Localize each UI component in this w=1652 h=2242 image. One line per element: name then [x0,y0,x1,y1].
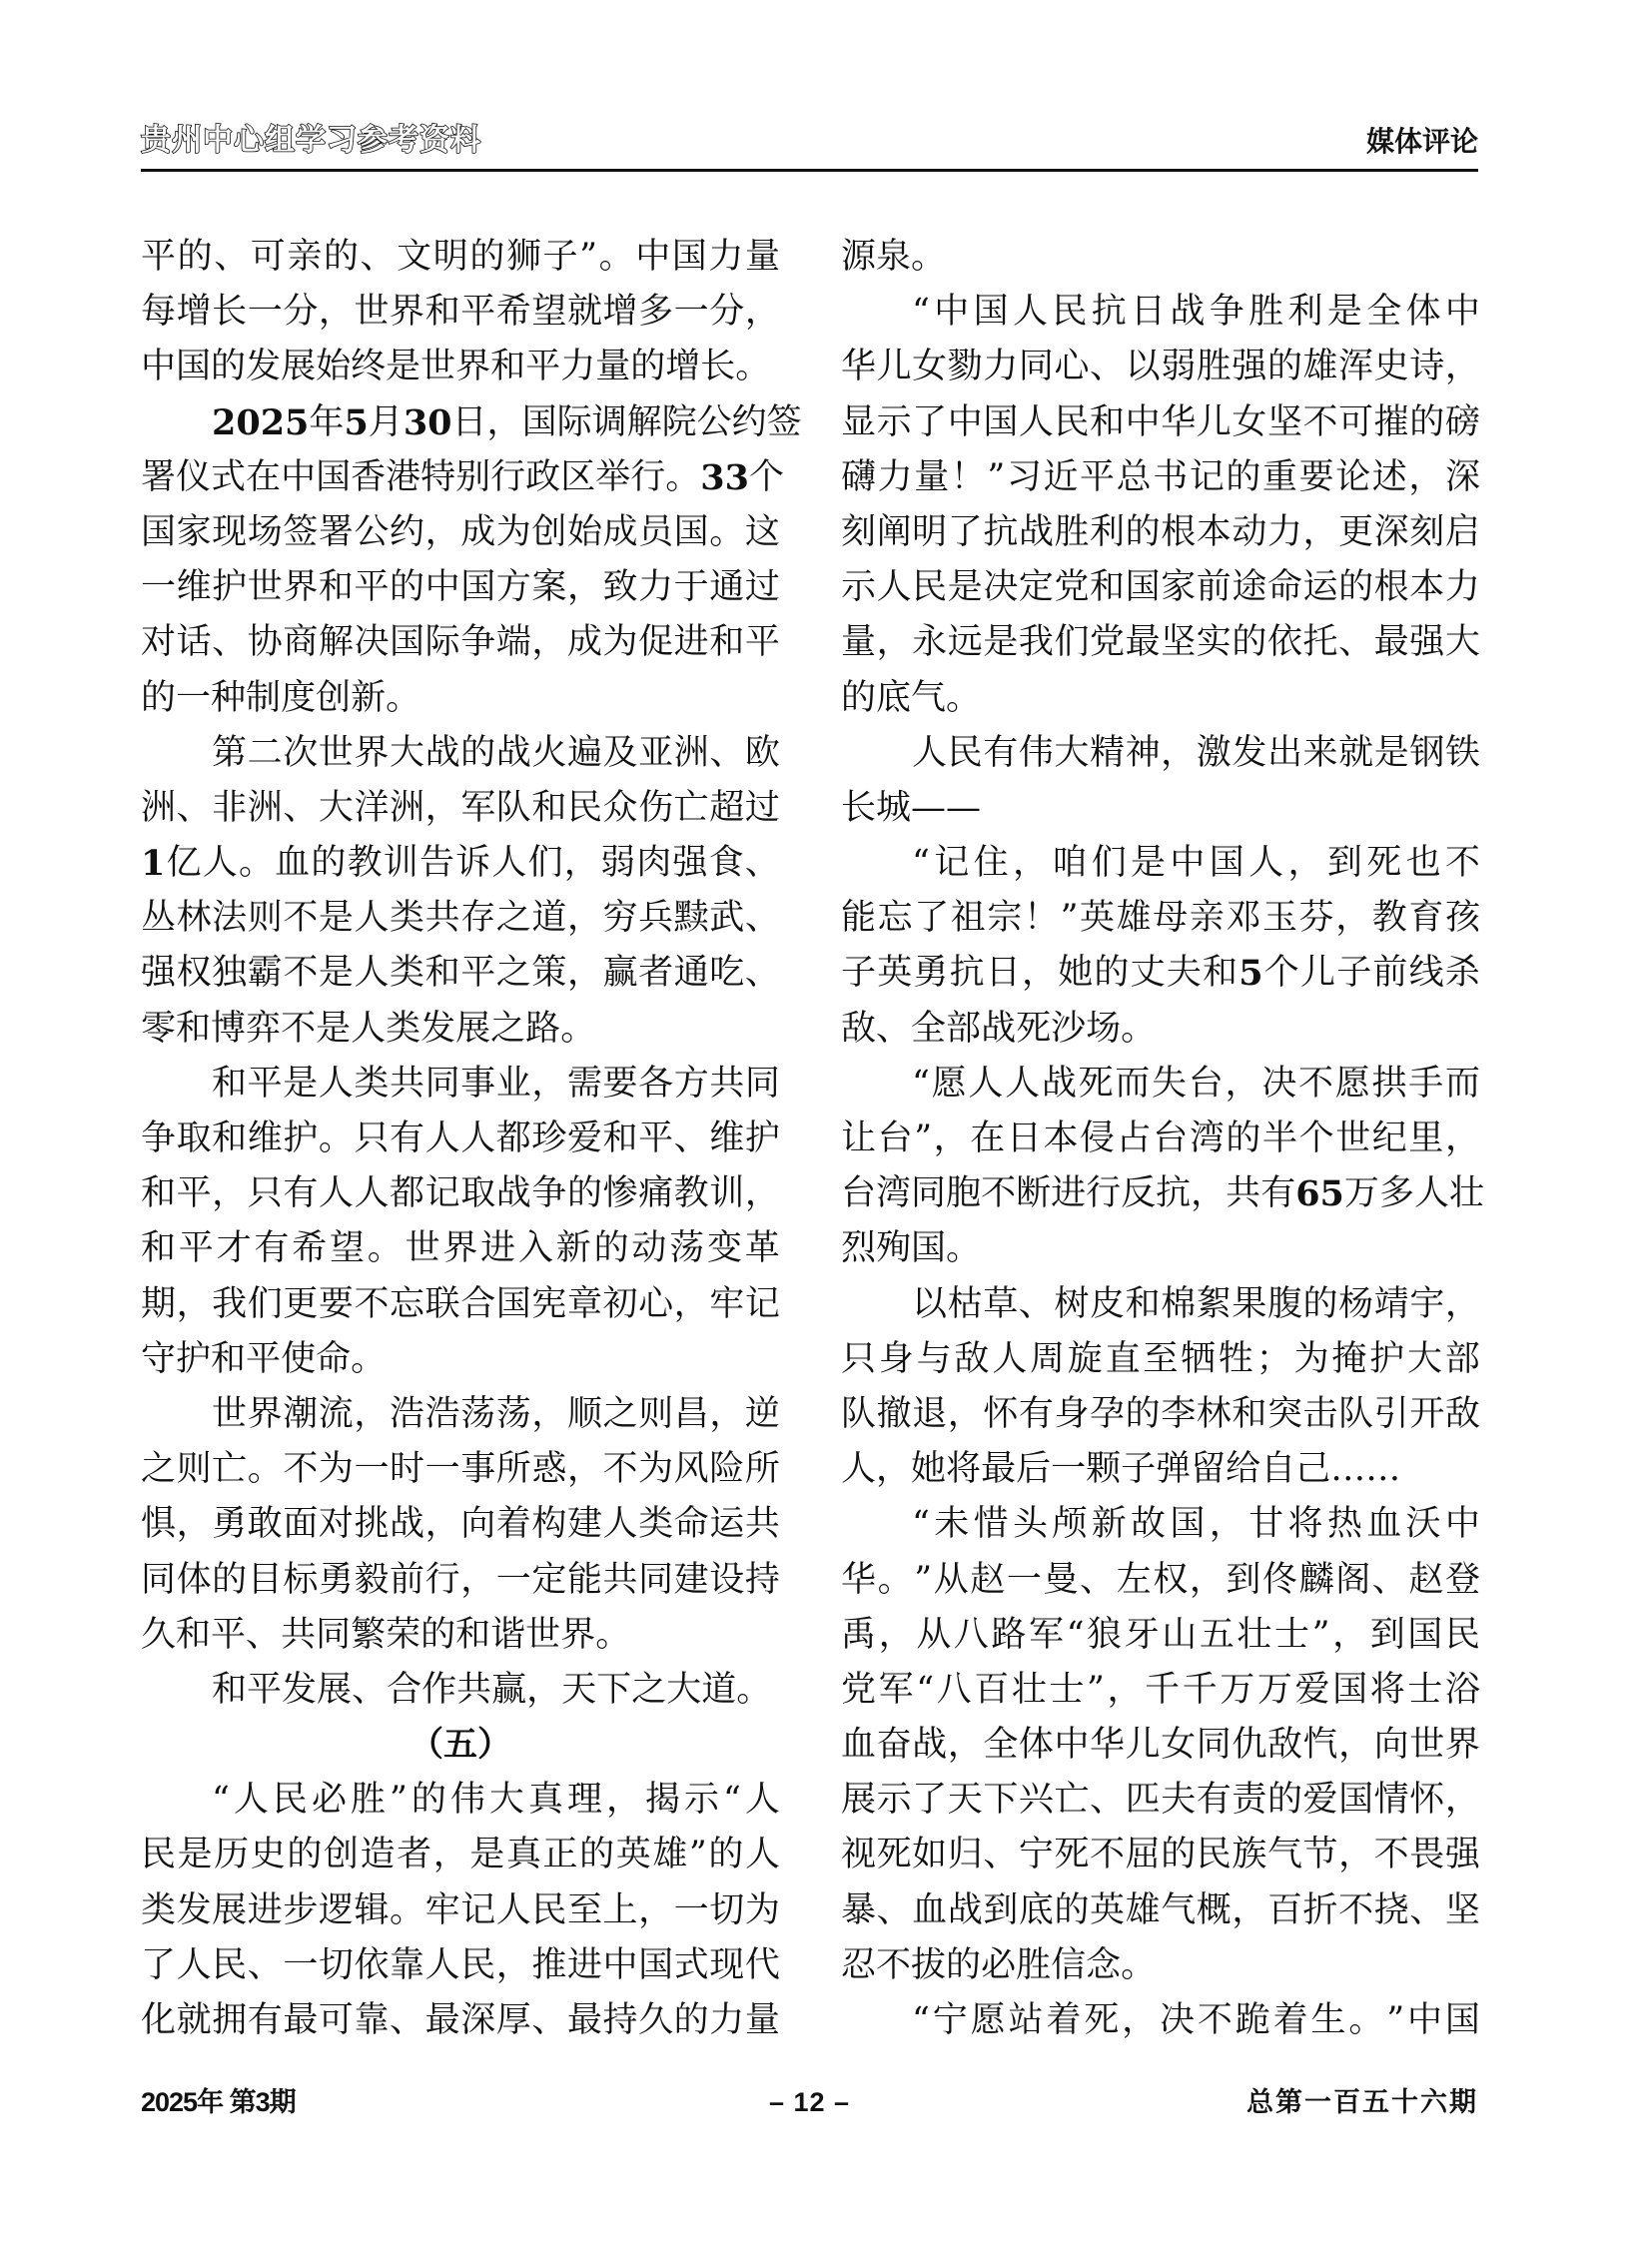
text-line: 署仪式在中国香港特别行政区举行。33个 [141,450,780,505]
text-line: 和平发展、合作共赢，天下之大道。 [141,1663,780,1718]
text-line: 子英勇抗日，她的丈夫和5个儿子前线杀 [841,946,1480,1001]
text-line: 每增长一分，世界和平希望就增多一分， [141,285,780,340]
text-line: 丛林法则不是人类共存之道，穷兵黩武、 [141,891,780,946]
page-header: 贵州中心组学习参考资料 媒体评论 [141,118,1478,174]
text-line: 刻阐明了抗战胜利的根本动力，更深刻启 [841,505,1480,560]
text-line: 第二次世界大战的战火遍及亚洲、欧 [141,726,780,781]
section-heading: （五） [141,1718,780,1773]
text-line: 禹，从八路军“狼牙山五壮士”，到国民 [841,1608,1480,1663]
text-line: 久和平、共同繁荣的和谐世界。 [141,1608,780,1663]
text-line: 人民有伟大精神，激发出来就是钢铁 [841,726,1480,781]
text-line: 党军“八百壮士”，千千万万爱国将士浴 [841,1663,1480,1718]
text-line: 同体的目标勇毅前行，一定能共同建设持 [141,1553,780,1608]
text-line: 血奋战，全体中华儿女同仇敌忾，向世界 [841,1718,1480,1773]
text-line: 平的、可亲的、文明的狮子”。中国力量 [141,230,780,285]
text-line: 展示了天下兴亡、匹夫有责的爱国情怀， [841,1773,1480,1828]
text-line: 队撤退，怀有身孕的李林和突击队引开敌 [841,1387,1480,1442]
text-line: 华。”从赵一曼、左权，到佟麟阁、赵登 [841,1553,1480,1608]
text-line: “未惜头颅新故国，甘将热血沃中 [841,1497,1480,1552]
text-line: 惧，勇敢面对挑战，向着构建人类命运共 [141,1497,780,1552]
text-line: 一维护世界和平的中国方案，致力于通过 [141,560,780,615]
text-line: 零和博弈不是人类发展之路。 [141,1002,780,1057]
text-line: 类发展进步逻辑。牢记人民至上，一切为 [141,1883,780,1938]
text-line: 敌、全部战死沙场。 [841,1002,1480,1057]
text-line: “中国人民抗日战争胜利是全体中 [841,285,1480,340]
article-column-left: 平的、可亲的、文明的狮子”。中国力量每增长一分，世界和平希望就增多一分，中国的发… [141,230,780,2048]
text-line: 化就拥有最可靠、最深厚、最持久的力量 [141,1993,780,2048]
text-line: 视死如归、宁死不屈的民族气节，不畏强 [841,1828,1480,1882]
section-label: 媒体评论 [1366,126,1478,158]
text-line: 人，她将最后一颗子弹留给自己…… [841,1442,1480,1497]
text-line: 强权独霸不是人类和平之策，赢者通吃、 [141,946,780,1001]
text-line: 中国的发展始终是世界和平力量的增长。 [141,340,780,394]
text-line: 之则亡。不为一时一事所惑，不为风险所 [141,1442,780,1497]
text-line: 洲、非洲、大洋洲，军队和民众伤亡超过 [141,781,780,836]
text-line: 和平，只有人人都记取战争的惨痛教训， [141,1166,780,1221]
text-line: 争取和维护。只有人人都珍爱和平、维护 [141,1112,780,1166]
text-line: “人民必胜”的伟大真理，揭示“人 [141,1773,780,1828]
text-line: 烈殉国。 [841,1221,1480,1276]
text-line: 华儿女勠力同心、以弱胜强的雄浑史诗， [841,340,1480,394]
cumulative-issue-label: 总第一百五十六期 [1246,2085,1478,2119]
text-line: 和平才有希望。世界进入新的动荡变革 [141,1221,780,1276]
text-line: 2025年5月30日，国际调解院公约签 [141,395,780,450]
text-line: 守护和平使命。 [141,1332,780,1387]
text-line: 忍不拔的必胜信念。 [841,1938,1480,1993]
text-line: 暴、血战到底的英雄气概，百折不挠、坚 [841,1883,1480,1938]
text-line: 国家现场签署公约，成为创始成员国。这 [141,505,780,560]
text-line: 对话、协商解决国际争端，成为促进和平 [141,615,780,670]
text-line: “愿人人战死而失台，决不愿拱手而 [841,1057,1480,1112]
text-line: 台湾同胞不断进行反抗，共有65万多人壮 [841,1166,1480,1221]
text-line: 以枯草、树皮和棉絮果腹的杨靖宇， [841,1277,1480,1332]
text-line: 只身与敌人周旋直至牺牲；为掩护大部 [841,1332,1480,1387]
text-line: 显示了中国人民和中华儿女坚不可摧的磅 [841,395,1480,450]
text-line: “宁愿站着死，决不跪着生。”中国 [841,1993,1480,2048]
text-line: 长城—— [841,781,1480,836]
text-line: 民是历史的创造者，是真正的英雄”的人 [141,1828,780,1882]
text-line: 能忘了祖宗！”英雄母亲邓玉芬，教育孩 [841,891,1480,946]
header-divider [141,169,1478,172]
text-line: 礴力量！”习近平总书记的重要论述，深 [841,450,1480,505]
text-line: 了人民、一切依靠人民，推进中国式现代 [141,1938,780,1993]
text-line: 的底气。 [841,671,1480,726]
text-line: “记住，咱们是中国人，到死也不 [841,836,1480,891]
text-line: 和平是人类共同事业，需要各方共同 [141,1057,780,1112]
article-column-right: 源泉。“中国人民抗日战争胜利是全体中华儿女勠力同心、以弱胜强的雄浑史诗，显示了中… [841,230,1480,2048]
page-footer: 2025年 第3期 – 12 – 总第一百五十六期 [141,2085,1478,2119]
text-line: 的一种制度创新。 [141,671,780,726]
text-line: 源泉。 [841,230,1480,285]
text-line: 世界潮流，浩浩荡荡，顺之则昌，逆 [141,1387,780,1442]
text-line: 量，永远是我们党最坚实的依托、最强大 [841,615,1480,670]
text-line: 示人民是决定党和国家前途命运的根本力 [841,560,1480,615]
text-line: 1亿人。血的教训告诉人们，弱肉强食、 [141,836,780,891]
text-line: 期，我们更要不忘联合国宪章初心，牢记 [141,1277,780,1332]
text-line: 让台”，在日本侵占台湾的半个世纪里， [841,1112,1480,1166]
publication-title: 贵州中心组学习参考资料 [141,124,481,158]
